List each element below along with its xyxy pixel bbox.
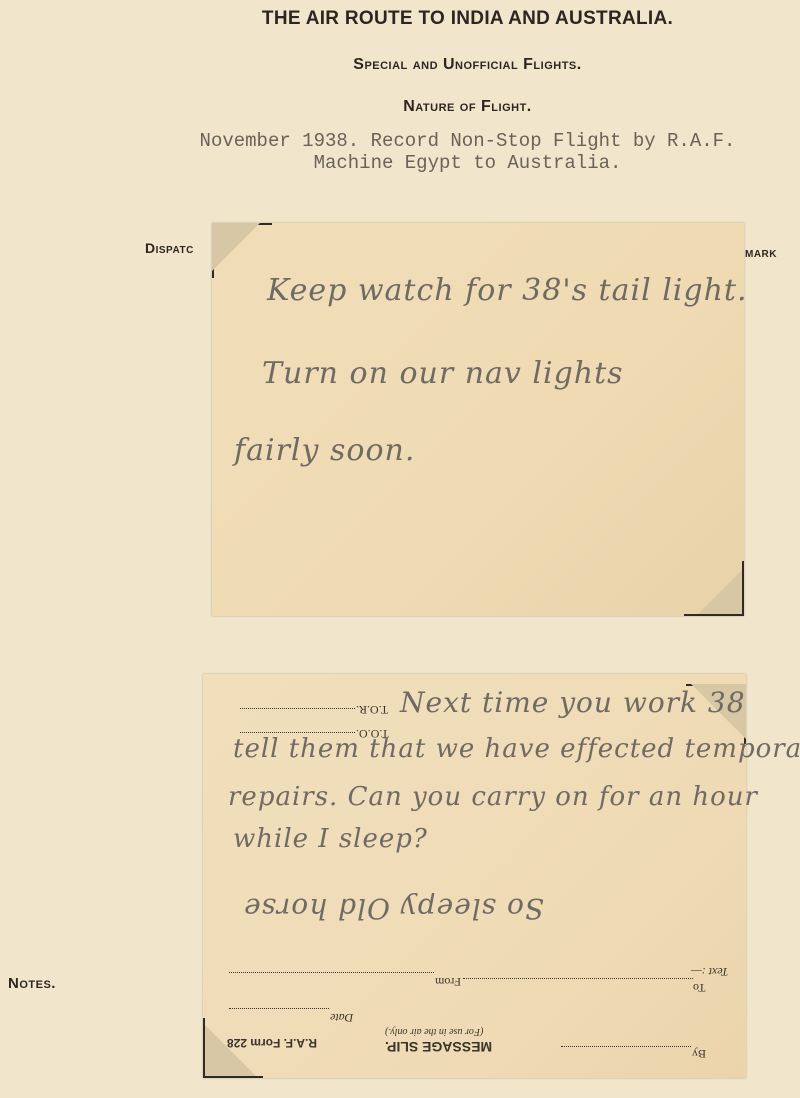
handwritten-line: repairs. Can you carry on for an hour: [228, 782, 758, 812]
form-number: R.A.F. Form 228: [227, 1036, 317, 1050]
by-field-label: By: [692, 1046, 706, 1061]
page-title: THE AIR ROUTE TO INDIA AND AUSTRALIA.: [0, 8, 800, 30]
tor-dotted-line: [240, 708, 355, 709]
photo-corner-top-left: [212, 223, 260, 271]
by-dotted-line: [561, 1046, 691, 1047]
handwritten-line: fairly soon.: [234, 433, 415, 468]
from-field-label: From: [435, 974, 461, 989]
mount-edge: [203, 1018, 205, 1078]
handwritten-line: while I sleep?: [233, 824, 428, 854]
notes-label: Notes.: [8, 975, 56, 992]
form-note: (For use in the air only.): [385, 1026, 483, 1037]
mount-edge: [203, 1076, 263, 1078]
handwritten-line: Turn on our nav lights: [262, 356, 624, 391]
date-field-label: Date: [330, 1010, 353, 1025]
text-field-label: Text :—: [691, 964, 728, 979]
section-heading: Nature of Flight.: [0, 98, 800, 116]
from-dotted-line: [229, 972, 434, 973]
handwritten-line: tell them that we have effected temporar…: [233, 734, 800, 764]
form-title: MESSAGE SLIP.: [385, 1039, 492, 1055]
typed-description-line-2: Machine Egypt to Australia.: [0, 152, 800, 174]
too-dotted-line: [240, 732, 355, 733]
tor-field-label: T.O.R.: [356, 702, 388, 717]
page-subtitle: Special and Unofficial Flights.: [0, 56, 800, 74]
handwritten-line-inverted: So sleepy Old horse: [243, 892, 544, 925]
date-dotted-line: [229, 1008, 329, 1009]
typed-description-line-1: November 1938. Record Non-Stop Flight by…: [0, 130, 800, 152]
mount-edge: [684, 614, 744, 616]
dispatch-label: Dispatc: [145, 240, 194, 256]
postmark-label: mark: [745, 244, 777, 260]
photo-corner-bottom-right: [696, 568, 744, 616]
photo-corner-bottom-left: [203, 1023, 258, 1078]
message-slip-card: T.O.R. T.O.O. Next time you work 38 tell…: [203, 674, 746, 1078]
handwritten-line: Keep watch for 38's tail light.: [267, 273, 748, 308]
message-card-top: Keep watch for 38's tail light. Turn on …: [212, 223, 744, 616]
to-field-label: To: [693, 980, 706, 995]
handwritten-line: Next time you work 38: [400, 686, 746, 719]
mount-edge: [742, 561, 744, 616]
to-dotted-line: [463, 978, 693, 979]
